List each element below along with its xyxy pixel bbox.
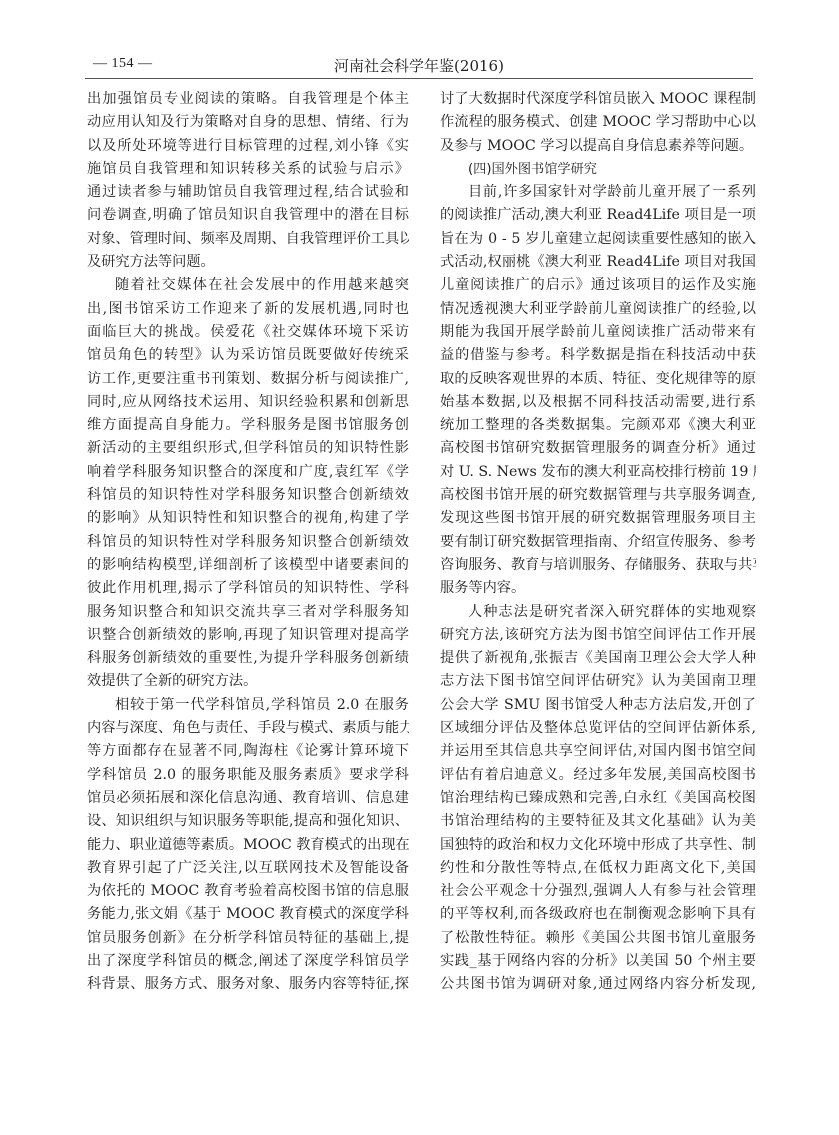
text-line: 识整合创新绩效的影响,再现了知识管理对提高学 [87,624,409,647]
text-line: 始基本数据,以及根据不同科技活动需要,进行系 [440,391,756,414]
text-line: 馆员服务创新》在分析学科馆员特征的基础上,提 [87,927,409,950]
text-line: 科背景、服务方式、服务对象、服务内容等特征,探 [87,973,409,996]
text-line: 内容与深度、角色与责任、手段与模式、素质与能力 [87,717,409,740]
journal-title: 河南社会科学年鉴(2016) [85,55,753,76]
section-heading: (四)国外图书馆学研究 [440,158,756,181]
text-line: 服务知识整合和知识交流共享三者对学科服务知 [87,601,409,624]
text-line: 相较于第一代学科馆员,学科馆员 2.0 在服务 [87,694,409,717]
page-header: — 154 — 河南社会科学年鉴(2016) [85,52,753,78]
text-line: 随着社交媒体在社会发展中的作用越来越突 [87,274,409,297]
text-line: 咨询服务、教育与培训服务、存储服务、获取与共享 [440,554,756,577]
text-line: 同时,应从网络技术运用、知识经验积累和创新思 [87,391,409,414]
text-line: 访工作,更要注重书刊策划、数据分析与阅读推广, [87,368,409,391]
text-line: 效提供了全新的研究方法。 [87,670,409,693]
text-line: 社会公平观念十分强烈,强调人人有参与社会管理 [440,880,756,903]
text-line: 作流程的服务模式、创建 MOOC 学习帮助中心以 [440,111,756,134]
text-line: 为依托的 MOOC 教育考验着高校图书馆的信息服 [87,880,409,903]
text-line: 出了深度学科馆员的概念,阐述了深度学科馆员学 [87,950,409,973]
text-line: 馆员角色的转型》认为采访馆员既要做好传统采 [87,344,409,367]
text-line: 书馆治理结构的主要特征及其文化基础》认为美 [440,810,756,833]
text-line: 了松散性特征。赖彤《美国公共图书馆儿童服务 [440,927,756,950]
text-line: 情况透视澳大利亚学龄前儿童阅读推广的经验,以 [440,298,756,321]
text-line: 科馆员的知识特性对学科服务知识整合创新绩效 [87,484,409,507]
text-line: 志方法下图书馆空间评估研究》认为美国南卫理 [440,670,756,693]
text-line: 馆员必须拓展和深化信息沟通、教育培训、信息建 [87,787,409,810]
text-line: 人种志法是研究者深入研究群体的实地观察 [440,601,756,624]
text-line: 区域细分评估及整体总览评估的空间评估新体系, [440,717,756,740]
text-line: 国独特的政治和权力文化环境中形成了共享性、制 [440,834,756,857]
text-line: 面临巨大的挑战。侯爱花《社交媒体环境下采访 [87,321,409,344]
text-line: 馆治理结构已臻成熟和完善,白永红《美国高校图 [440,787,756,810]
text-line: 讨了大数据时代深度学科馆员嵌入 MOOC 课程制 [440,88,756,111]
text-line: 并运用至其信息共享空间评估,对国内图书馆空间 [440,740,756,763]
text-line: 公共图书馆为调研对象,通过网络内容分析发现, [440,973,756,996]
text-line: 对 U. S. News 发布的澳大利亚高校排行榜前 19 所 [440,461,756,484]
text-line: 评估有着启迪意义。经过多年发展,美国高校图书 [440,764,756,787]
text-line: 出加强馆员专业阅读的策略。自我管理是个体主 [87,88,409,111]
text-line: 发现这些图书馆开展的研究数据管理服务项目主 [440,507,756,530]
text-line: 学科馆员 2.0 的服务职能及服务素质》要求学科 [87,764,409,787]
text-line: 旨在为 0 - 5 岁儿童建立起阅读重要性感知的嵌入 [440,228,756,251]
text-line: 的平等权利,而各级政府也在制衡观念影响下具有 [440,903,756,926]
text-line: 益的借鉴与参考。科学数据是指在科技活动中获 [440,344,756,367]
text-line: 统加工整理的各类数据集。完颜邓邓《澳大利亚 [440,414,756,437]
text-line: 响着学科服务知识整合的深度和广度,袁红军《学 [87,461,409,484]
text-line: 高校图书馆开展的研究数据管理与共享服务调查, [440,484,756,507]
header-rule [85,78,753,79]
text-line: 期能为我国开展学龄前儿童阅读推广活动带来有 [440,321,756,344]
text-line: 研究方法,该研究方法为图书馆空间评估工作开展 [440,624,756,647]
right-column: 讨了大数据时代深度学科馆员嵌入 MOOC 课程制作流程的服务模式、创建 MOOC… [440,88,756,997]
text-line: 设、知识组织与知识服务等职能,提高和强化知识、 [87,810,409,833]
text-line: 务能力,张文娟《基于 MOOC 教育模式的深度学科 [87,903,409,926]
text-line: 的阅读推广活动,澳大利亚 Read4Life 项目是一项 [440,204,756,227]
text-line: 通过读者参与辅助馆员自我管理过程,结合试验和 [87,181,409,204]
text-line: 约性和分散性等特点,在低权力距离文化下,美国 [440,857,756,880]
text-line: 公会大学 SMU 图书馆受人种志方法启发,开创了 [440,694,756,717]
text-line: 施馆员自我管理和知识转移关系的试验与启示》 [87,158,409,181]
text-line: 提供了新视角,张振吉《美国南卫理公会大学人种 [440,647,756,670]
text-line: 的影响》从知识特性和知识整合的视角,构建了学 [87,507,409,530]
text-line: 要有制订研究数据管理指南、介绍宣传服务、参考 [440,531,756,554]
text-line: 彼此作用机理,揭示了学科馆员的知识特性、学科 [87,577,409,600]
text-line: 及研究方法等问题。 [87,251,409,274]
text-line: 新活动的主要组织形式,但学科馆员的知识特性影 [87,437,409,460]
text-line: 目前,许多国家针对学龄前儿童开展了一系列 [440,181,756,204]
text-line: 科服务创新绩效的重要性,为提升学科服务创新绩 [87,647,409,670]
text-line: 以及所处环境等进行目标管理的过程,刘小锋《实 [87,135,409,158]
text-line: 对象、管理时间、频率及周期、自我管理评价工具以 [87,228,409,251]
text-line: 维方面提高自身能力。学科服务是图书馆服务创 [87,414,409,437]
text-line: 及参与 MOOC 学习以提高自身信息素养等问题。 [440,135,756,158]
text-line: 等方面都存在显著不同,陶海柱《论雾计算环境下 [87,740,409,763]
text-line: 科馆员的知识特性对学科服务知识整合创新绩效 [87,531,409,554]
text-line: 高校图书馆研究数据管理服务的调查分析》通过 [440,437,756,460]
text-line: 实践_基于网络内容的分析》以美国 50 个州主要 [440,950,756,973]
text-line: 动应用认知及行为策略对自身的思想、情绪、行为 [87,111,409,134]
text-line: 能力、职业道德等素质。MOOC 教育模式的出现在 [87,834,409,857]
text-line: 教育界引起了广泛关注,以互联网技术及智能设备 [87,857,409,880]
text-line: 问卷调查,明确了馆员知识自我管理中的潜在目标 [87,204,409,227]
text-line: 服务等内容。 [440,577,756,600]
text-line: 出,图书馆采访工作迎来了新的发展机遇,同时也 [87,298,409,321]
text-line: 取的反映客观世界的本质、特征、变化规律等的原 [440,368,756,391]
text-line: 儿童阅读推广的启示》通过该项目的运作及实施 [440,274,756,297]
text-line: 式活动,权丽桃《澳大利亚 Read4Life 项目对我国 [440,251,756,274]
text-line: 的影响结构模型,详细剖析了该模型中诸要素间的 [87,554,409,577]
left-column: 出加强馆员专业阅读的策略。自我管理是个体主动应用认知及行为策略对自身的思想、情绪… [87,88,409,997]
